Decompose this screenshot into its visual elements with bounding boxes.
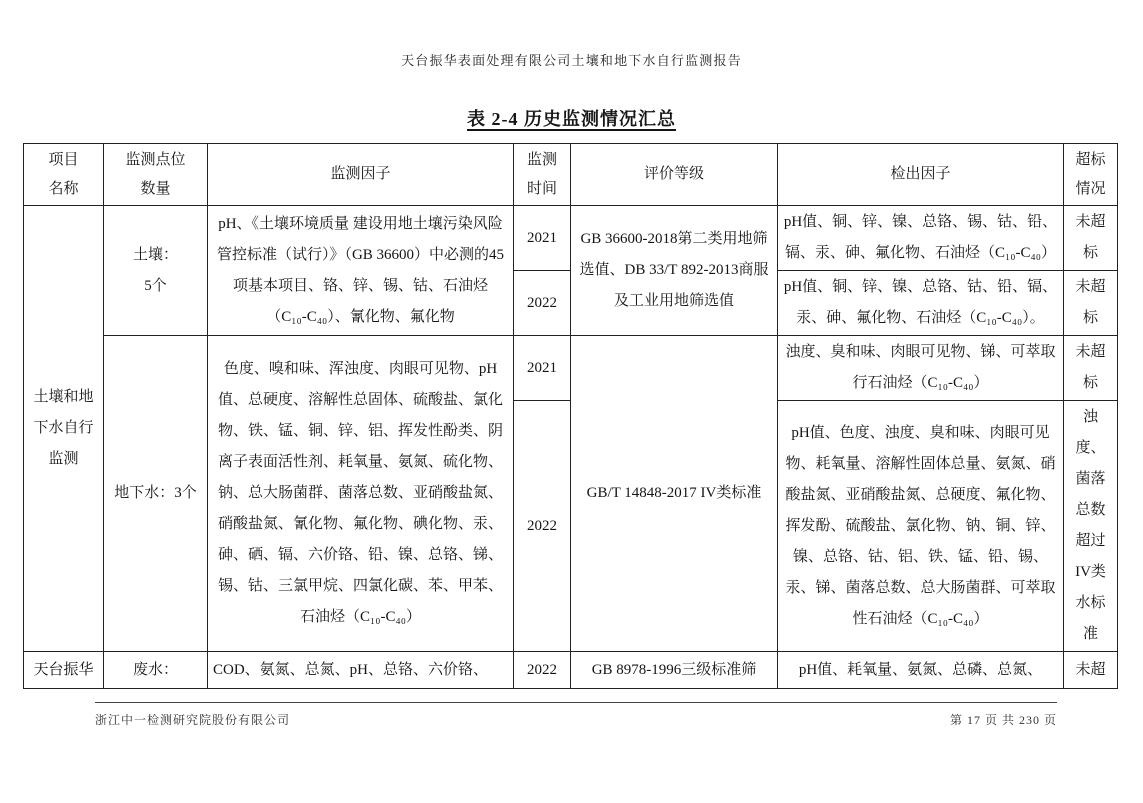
row-wastewater-2022: 天台振华 废水： COD、氨氮、总氮、pH、总铬、六价铬、 2022 GB 89…	[24, 652, 1118, 689]
cell-soil-factors: pH、《土壤环境质量 建设用地土壤污染风险管控标准（试行）》（GB 36600）…	[208, 206, 514, 336]
history-monitoring-table: 项目 名称 监测点位 数量 监测因子 监测 时间 评价等级 检出因子 超标 情况…	[23, 143, 1118, 689]
cell-wastewater-year: 2022	[514, 652, 571, 689]
cell-soil-2022-year: 2022	[514, 271, 571, 336]
cell-project2-name: 天台振华	[24, 652, 104, 689]
table-title-text: 表 2-4 历史监测情况汇总	[467, 109, 676, 129]
cell-wastewater-detected: pH值、耗氧量、氨氮、总磷、总氮、	[778, 652, 1064, 689]
cell-wastewater-points: 废水：	[104, 652, 208, 689]
cell-wastewater-factors: COD、氨氮、总氮、pH、总铬、六价铬、	[208, 652, 514, 689]
cell-soil-2022-detected: pH值、铜、锌、镍、总铬、钴、铅、镉、汞、砷、氟化物、石油烃（C₁₀-C₄₀）。	[778, 271, 1064, 336]
cell-groundwater-2021-year: 2021	[514, 336, 571, 401]
cell-soil-2021-year: 2021	[514, 206, 571, 271]
cell-soil-standard: GB 36600-2018第二类用地筛选值、DB 33/T 892-2013商服…	[571, 206, 778, 336]
cell-wastewater-exceed: 未超	[1064, 652, 1118, 689]
cell-soil-2022-exceed: 未超 标	[1064, 271, 1118, 336]
cell-groundwater-factors: 色度、嗅和味、浑浊度、肉眼可见物、pH值、总硬度、溶解性总固体、硫酸盐、氯化物、…	[208, 336, 514, 652]
cell-groundwater-standard: GB/T 14848-2017 IV类标准	[571, 336, 778, 652]
cell-groundwater-2021-detected: 浊度、臭和味、肉眼可见物、锑、可萃取行石油烃（C₁₀-C₄₀）	[778, 336, 1064, 401]
cell-wastewater-standard: GB 8978-1996三级标准筛	[571, 652, 778, 689]
cell-soil-2021-exceed: 未超 标	[1064, 206, 1118, 271]
cell-groundwater-2022-detected: pH值、色度、浊度、臭和味、肉眼可见物、耗氧量、溶解性固体总量、氨氮、硝酸盐氮、…	[778, 401, 1064, 652]
col-header-project-name: 项目 名称	[24, 144, 104, 206]
col-header-eval-grade: 评价等级	[571, 144, 778, 206]
col-header-monitor-factors: 监测因子	[208, 144, 514, 206]
col-header-detected-factors: 检出因子	[778, 144, 1064, 206]
footer-divider	[95, 702, 1057, 703]
col-header-exceed-status: 超标 情况	[1064, 144, 1118, 206]
cell-soil-2021-detected: pH值、铜、锌、镍、总铬、锡、钴、铅、镉、汞、砷、氟化物、石油烃（C₁₀-C₄₀…	[778, 206, 1064, 271]
cell-groundwater-2022-exceed: 浊度、 菌落 总数 超过 IV类 水标 准	[1064, 401, 1118, 652]
cell-soil-points: 土壤： 5个	[104, 206, 208, 336]
col-header-point-count: 监测点位 数量	[104, 144, 208, 206]
report-page: 天台振华表面处理有限公司土壤和地下水自行监测报告 表 2-4 历史监测情况汇总 …	[0, 0, 1143, 803]
row-groundwater-2021: 地下水：3个 色度、嗅和味、浑浊度、肉眼可见物、pH值、总硬度、溶解性总固体、硫…	[24, 336, 1118, 401]
col-header-monitor-time: 监测 时间	[514, 144, 571, 206]
cell-groundwater-points: 地下水：3个	[104, 336, 208, 652]
cell-groundwater-2022-year: 2022	[514, 401, 571, 652]
document-header: 天台振华表面处理有限公司土壤和地下水自行监测报告	[0, 50, 1143, 69]
footer-page-number: 第 17 页 共 230 页	[950, 711, 1057, 728]
footer-company: 浙江中一检测研究院股份有限公司	[95, 711, 290, 728]
table-header-row: 项目 名称 监测点位 数量 监测因子 监测 时间 评价等级 检出因子 超标 情况	[24, 144, 1118, 206]
row-soil-2021: 土壤和地 下水自行 监测 土壤： 5个 pH、《土壤环境质量 建设用地土壤污染风…	[24, 206, 1118, 271]
cell-groundwater-2021-exceed: 未超 标	[1064, 336, 1118, 401]
cell-project1-name: 土壤和地 下水自行 监测	[24, 206, 104, 652]
table-title: 表 2-4 历史监测情况汇总	[0, 105, 1143, 131]
